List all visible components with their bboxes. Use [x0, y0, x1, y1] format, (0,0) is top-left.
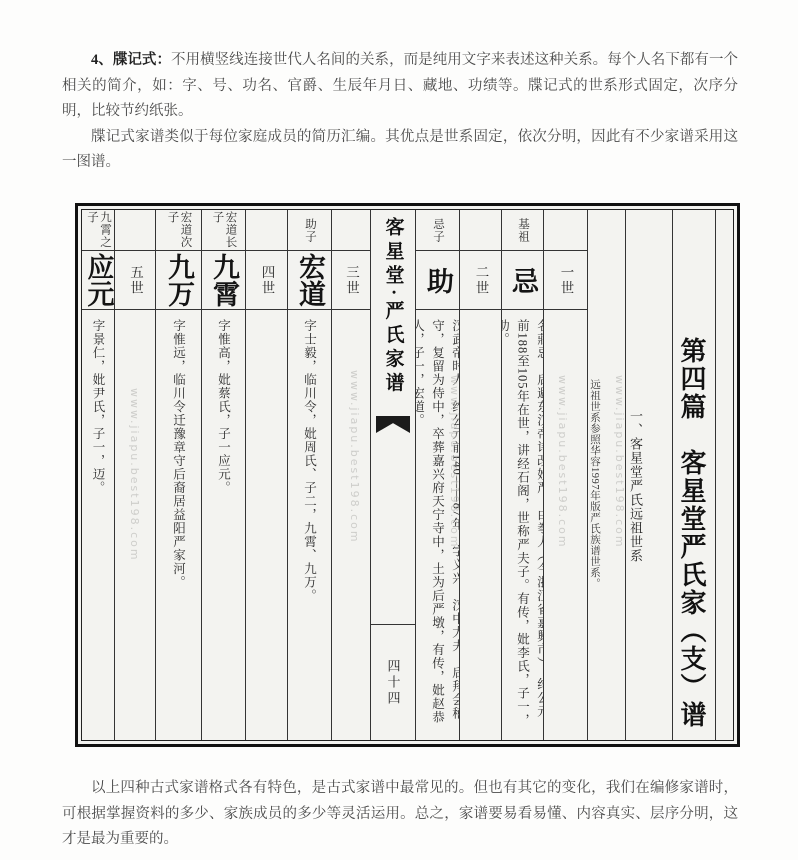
- generation-marker-cell: 五世: [115, 251, 155, 310]
- column-person-jiuwan: 宏道次子 九万 字惟远，临川令迁豫章守后裔居益阳严家河。: [156, 210, 202, 740]
- person-bio: 汉武帝时人，约公元前140——87年，字义兴，汉中大夫，后拜会稽守，复留为侍中，…: [416, 319, 459, 727]
- spine-title: 客星堂·严氏家谱: [380, 217, 407, 396]
- person-name: 宏道: [296, 253, 323, 307]
- column-marker-gen5: 五世: [115, 210, 156, 740]
- person-name: 九万: [165, 253, 192, 307]
- outro-paragraph: 以上四种古式家谱格式各有特色，是古式家谱中最常见的。但也有其它的变化，我们在编修…: [62, 776, 738, 853]
- column-source-note: 远祖世系参照华容1997年版严氏族谱世系。: [588, 210, 626, 740]
- relation-cell: 宏道长子: [202, 210, 245, 251]
- person-name: 忌: [509, 267, 536, 294]
- column-person-jiuxiao: 宏道长子 九霄 字惟高，妣蔡氏，子一应元。: [202, 210, 246, 740]
- relation-cell: 宏道次子: [156, 210, 201, 251]
- column-person-hongdao: 助子 宏道 字士毅，临川令，妣周氏、子二，九霄、九万。: [288, 210, 332, 740]
- column-marker-gen1: 一世: [544, 210, 588, 740]
- column-marker-gen2: 二世: [460, 210, 502, 740]
- intro-paragraph-2: 牒记式家谱类似于每位家庭成员的简历汇编。其优点是世系固定，依次分明，因此有不少家…: [62, 125, 738, 176]
- subsection-title: 一、客星堂严氏远祖世系: [626, 387, 645, 563]
- name-cell: 忌: [502, 251, 543, 310]
- generation-marker: 五世: [125, 265, 145, 296]
- page-number: 四十四: [384, 659, 403, 707]
- name-cell: 九霄: [202, 251, 245, 310]
- bio-cell: 汉武帝时人，约公元前140——87年，字义兴，汉中大夫，后拜会稽守，复留为侍中，…: [416, 310, 459, 740]
- column-marker-gen3: 三世: [332, 210, 371, 740]
- outro-paragraphs: 以上四种古式家谱格式各有特色，是古式家谱中最常见的。但也有其它的变化，我们在编修…: [62, 776, 738, 853]
- relation-label: 忌子: [431, 218, 444, 243]
- generation-marker-cell: 一世: [544, 251, 587, 310]
- column-person-yingyuan: 九霄之子 应元 字景仁，妣尹氏，子一，迈。: [82, 210, 115, 740]
- section-title: 第四篇 客星堂严氏家（支）谱: [673, 221, 710, 729]
- name-cell: 宏道: [288, 251, 331, 310]
- column-marker-gen4: 四世: [246, 210, 288, 740]
- empty-cell: [332, 210, 370, 251]
- empty-cell: [460, 310, 501, 740]
- person-bio: 字惟高，妣蔡氏，子一应元。: [214, 319, 234, 727]
- generation-marker: 二世: [471, 265, 491, 296]
- generation-marker-cell: 四世: [246, 251, 287, 310]
- name-cell: 九万: [156, 251, 201, 310]
- person-bio: 名莊忌，后避东汉帝讳改姓严，由拳人（今浙江省嘉興市），约公元前188至105年在…: [502, 319, 543, 727]
- bio-cell: 字士毅，临川令，妣周氏、子二，九霄、九万。: [288, 310, 331, 740]
- person-name: 应元: [85, 253, 112, 307]
- relation-cell: 忌子: [416, 210, 459, 251]
- generation-marker: 四世: [257, 265, 277, 296]
- generation-marker: 三世: [341, 265, 361, 296]
- column-section-title: 第四篇 客星堂严氏家（支）谱: [673, 210, 716, 740]
- relation-label: 基祖: [516, 218, 529, 243]
- relation-label: 宏道长子: [211, 211, 237, 249]
- person-name: 九霄: [210, 253, 237, 307]
- empty-cell: [115, 310, 155, 740]
- person-bio: 字惟远，临川令迁豫章守后裔居益阳严家河。: [169, 319, 189, 727]
- intro-paragraphs: 4、牒记式：不用横竖线连接世代人名间的关系，而是纯用文字来表述这种关系。每个人名…: [62, 48, 738, 176]
- name-cell: 应元: [82, 251, 114, 310]
- genealogy-chart: 九霄之子 应元 字景仁，妣尹氏，子一，迈。 五世 宏道次子 九万 字惟远，临川令…: [81, 209, 734, 741]
- empty-cell: [544, 210, 587, 251]
- empty-cell: [115, 210, 155, 251]
- empty-cell: [246, 310, 287, 740]
- person-bio: 字景仁，妣尹氏，子一，迈。: [88, 319, 108, 727]
- person-name: 助: [424, 267, 451, 294]
- intro-paragraph-1: 4、牒记式：不用横竖线连接世代人名间的关系，而是纯用文字来表述这种关系。每个人名…: [62, 48, 738, 125]
- relation-label: 九霄之子: [85, 211, 111, 249]
- generation-marker-cell: 三世: [332, 251, 370, 310]
- generation-marker-cell: 二世: [460, 251, 501, 310]
- spine-page-number-cell: 四十四: [371, 624, 415, 740]
- relation-cell: 助子: [288, 210, 331, 251]
- bio-cell: 名莊忌，后避东汉帝讳改姓严，由拳人（今浙江省嘉興市），约公元前188至105年在…: [502, 310, 543, 740]
- diejishi-heading: 4、牒记式：: [91, 52, 171, 68]
- column-spine: 客星堂·严氏家谱 四十四: [371, 210, 416, 740]
- empty-cell: [246, 210, 287, 251]
- genealogy-chart-frame: 九霄之子 应元 字景仁，妣尹氏，子一，迈。 五世 宏道次子 九万 字惟远，临川令…: [75, 203, 740, 747]
- column-person-zhu: 忌子 助 汉武帝时人，约公元前140——87年，字义兴，汉中大夫，后拜会稽守，复…: [416, 210, 460, 740]
- scanned-book-page: 4、牒记式：不用横竖线连接世代人名间的关系，而是纯用文字来表述这种关系。每个人名…: [0, 0, 798, 860]
- empty-cell: [460, 210, 501, 251]
- relation-label: 宏道次子: [166, 211, 192, 249]
- empty-cell: [332, 310, 370, 740]
- column-person-ji: 基祖 忌 名莊忌，后避东汉帝讳改姓严，由拳人（今浙江省嘉興市），约公元前188至…: [502, 210, 544, 740]
- generation-marker: 一世: [556, 265, 576, 296]
- fishtail-ornament-icon: [376, 416, 410, 433]
- bio-cell: 字惟高，妣蔡氏，子一应元。: [202, 310, 245, 740]
- bio-cell: 字惟远，临川令迁豫章守后裔居益阳严家河。: [156, 310, 201, 740]
- relation-cell: 九霄之子: [82, 210, 114, 251]
- relation-label: 助子: [303, 218, 316, 243]
- empty-cell: [544, 310, 587, 740]
- relation-cell: 基祖: [502, 210, 543, 251]
- name-cell: 助: [416, 251, 459, 310]
- person-bio: 字士毅，临川令，妣周氏、子二，九霄、九万。: [300, 319, 320, 727]
- source-note: 远祖世系参照华容1997年版严氏族谱世系。: [588, 362, 600, 589]
- bio-cell: 字景仁，妣尹氏，子一，迈。: [82, 310, 114, 740]
- column-subsection-title: 一、客星堂严氏远祖世系: [626, 210, 673, 740]
